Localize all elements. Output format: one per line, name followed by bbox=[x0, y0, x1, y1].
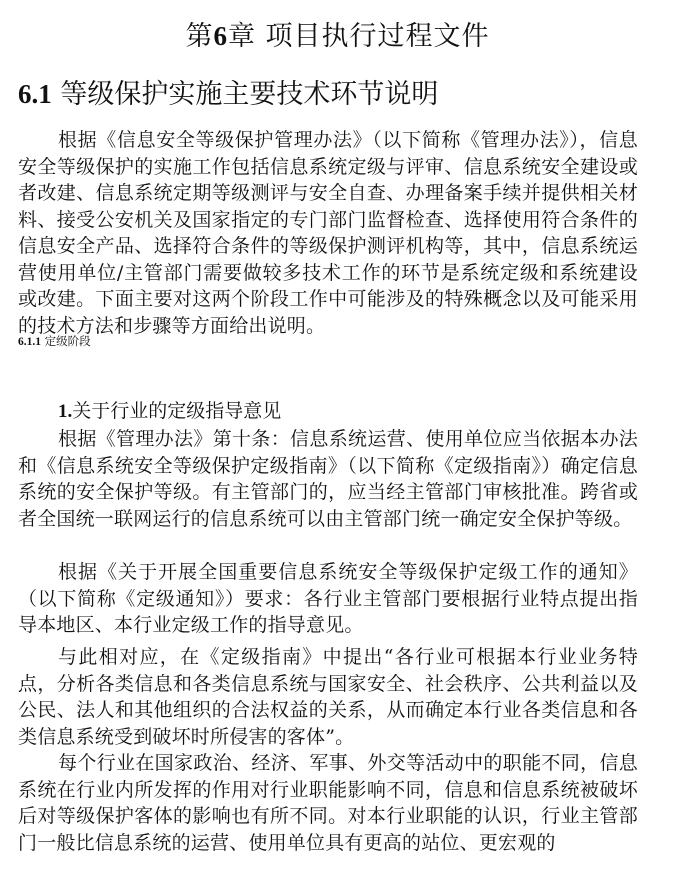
intro-paragraph: 根据《信息安全等级保护管理办法》（以下简称《管理办法》），信息安全等级保护的实施… bbox=[18, 127, 638, 339]
body-paragraph: 根据《管理办法》第十条：信息系统运营、使用单位应当依据本办法和《信息系统安全等级… bbox=[18, 426, 638, 532]
chapter-suffix: 章 项目执行过程文件 bbox=[228, 21, 490, 52]
chapter-number: 6 bbox=[213, 21, 228, 51]
section-title: 等级保护实施主要技术环节说明 bbox=[52, 79, 439, 110]
subsection-heading: 6.1.1 定级阶段 bbox=[18, 333, 91, 350]
subsection-title: 定级阶段 bbox=[41, 334, 91, 348]
chapter-title: 第6章 项目执行过程文件 bbox=[0, 16, 675, 57]
body-paragraph: 每个行业在国家政治、经济、军事、外交等活动中的职能不同，信息系统在行业内所发挥的… bbox=[18, 750, 638, 856]
subsection-number: 6.1.1 bbox=[18, 336, 41, 348]
item-number: 1. bbox=[58, 401, 72, 422]
item-heading: 1.关于行业的定级指导意见 bbox=[58, 398, 281, 425]
body-paragraph: 与此相对应，在《定级指南》中提出“各行业可根据本行业业务特点，分析各类信息和各类… bbox=[18, 644, 638, 750]
chapter-prefix: 第 bbox=[185, 21, 213, 52]
body-paragraph: 根据《关于开展全国重要信息系统安全等级保护定级工作的通知》（以下简称《定级通知》… bbox=[18, 559, 638, 639]
section-heading: 6.1 等级保护实施主要技术环节说明 bbox=[18, 74, 438, 115]
item-title: 关于行业的定级指导意见 bbox=[72, 400, 281, 422]
section-number: 6.1 bbox=[18, 79, 52, 109]
